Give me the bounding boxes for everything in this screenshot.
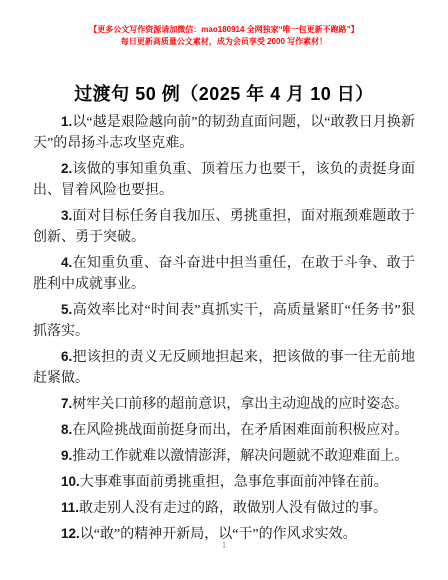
list-item: 1.以“越是艰险越向前”的韧劲直面问题，以“敢教日月换新天”的昂扬斗志攻坚克难。 xyxy=(33,111,415,154)
list-item: 10.大事难事面前勇挑重担，急事危事面前冲锋在前。 xyxy=(33,471,415,493)
promo-header-line1: 【更多公文写作资源请加微信：mao180914 全网独家“唯一包更新不跑路”】 xyxy=(0,24,448,36)
item-number: 10. xyxy=(61,474,80,489)
item-number: 9. xyxy=(61,448,72,463)
list-item: 6.把该担的责义无反顾地担起来，把该做的事一往无前地赶紧做。 xyxy=(33,346,415,389)
item-text: 该做的事知重负重、顶着压力也要干，该负的责挺身面出、冒着风险也要担。 xyxy=(33,162,415,198)
item-text: 推动工作就难以激情澎湃，解决问题就不敢迎难面上。 xyxy=(72,449,408,464)
item-text: 树牢关口前移的超前意识，拿出主动迎战的应时姿态。 xyxy=(72,397,408,412)
item-number: 1. xyxy=(61,114,72,129)
page-number: 1 xyxy=(0,540,448,550)
item-text: 在风险挑战面前挺身而出，在矛盾困难面前积极应对。 xyxy=(72,423,408,438)
item-number: 8. xyxy=(61,422,72,437)
item-number: 3. xyxy=(61,208,72,223)
list-item: 7.树牢关口前移的超前意识，拿出主动迎战的应时姿态。 xyxy=(33,393,415,415)
list-item: 3.面对目标任务自我加压、勇挑重担，面对瓶颈难题敢于创新、勇于突破。 xyxy=(33,205,415,248)
list-item: 8.在风险挑战面前挺身而出，在矛盾困难面前积极应对。 xyxy=(33,419,415,441)
item-text: 敢走别人没有走过的路，敢做别人没有做过的事。 xyxy=(79,501,387,516)
item-text: 大事难事面前勇挑重担，急事危事面前冲锋在前。 xyxy=(80,475,388,490)
item-text: 把该担的责义无反顾地担起来，把该做的事一往无前地赶紧做。 xyxy=(33,350,415,386)
list-item: 5.高效率比对“时间表”真抓实干，高质量紧盯“任务书”狠抓落实。 xyxy=(33,299,415,342)
item-number: 4. xyxy=(61,255,72,270)
promo-header-line2: 每日更新高质量公文素材，成为会员享受 2000 写作素材！ xyxy=(0,36,448,48)
item-text: 以“越是艰险越向前”的韧劲直面问题，以“敢教日月换新天”的昂扬斗志攻坚克难。 xyxy=(33,115,415,151)
item-number: 12. xyxy=(61,526,80,541)
list-item: 11.敢走别人没有走过的路，敢做别人没有做过的事。 xyxy=(33,497,415,519)
item-number: 7. xyxy=(61,396,72,411)
item-number: 2. xyxy=(61,161,72,176)
list-item: 9.推动工作就难以激情澎湃，解决问题就不敢迎难面上。 xyxy=(33,445,415,467)
item-text: 面对目标任务自我加压、勇挑重担，面对瓶颈难题敢于创新、勇于突破。 xyxy=(33,209,415,245)
item-text: 在知重负重、奋斗奋进中担当重任，在敢于斗争、敢于胜利中成就事业。 xyxy=(33,256,415,292)
paragraph-list: 1.以“越是艰险越向前”的韧劲直面问题，以“敢教日月换新天”的昂扬斗志攻坚克难。… xyxy=(33,111,415,549)
item-number: 5. xyxy=(61,302,72,317)
item-number: 11. xyxy=(61,500,79,515)
list-item: 2.该做的事知重负重、顶着压力也要干，该负的责挺身面出、冒着风险也要担。 xyxy=(33,158,415,201)
promo-header: 【更多公文写作资源请加微信：mao180914 全网独家“唯一包更新不跑路”】 … xyxy=(0,24,448,48)
item-text: 高效率比对“时间表”真抓实干，高质量紧盯“任务书”狠抓落实。 xyxy=(33,303,415,339)
document-page: 【更多公文写作资源请加微信：mao180914 全网独家“唯一包更新不跑路”】 … xyxy=(0,0,448,580)
item-number: 6. xyxy=(61,349,72,364)
list-item: 4.在知重负重、奋斗奋进中担当重任，在敢于斗争、敢于胜利中成就事业。 xyxy=(33,252,415,295)
page-title: 过渡句 50 例（2025 年 4 月 10 日） xyxy=(0,80,448,106)
